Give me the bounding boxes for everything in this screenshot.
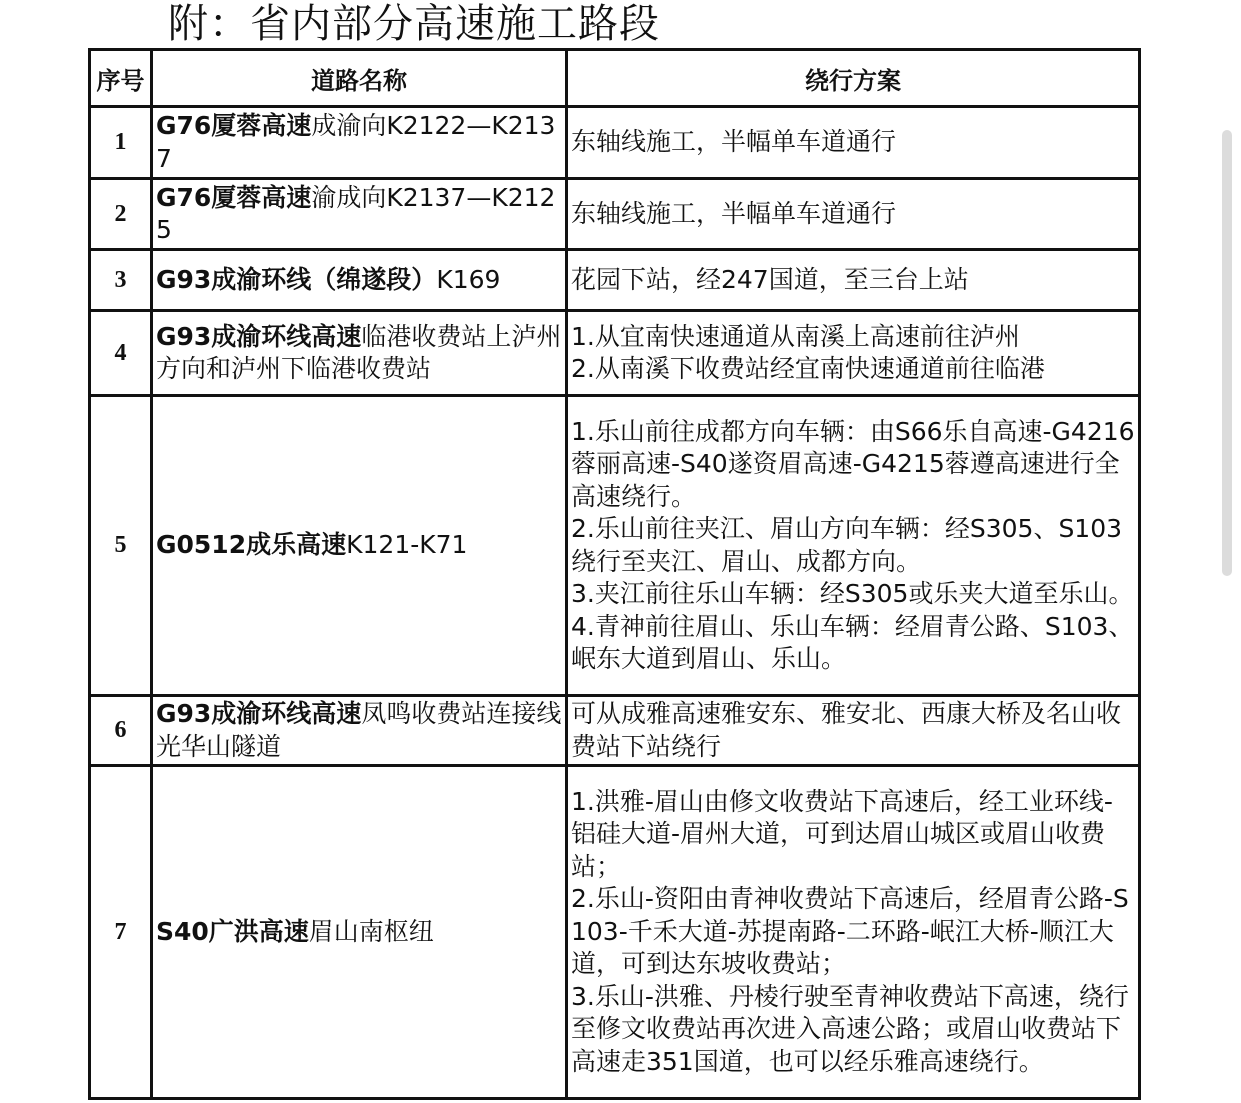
header-seq: 序号 (90, 50, 152, 107)
detour-plan-item: 东轴线施工，半幅单车道通行 (571, 198, 1135, 231)
road-name-cell: S40广洪高速眉山南枢纽 (152, 766, 567, 1099)
table-row: 4G93成渝环线高速临港收费站上泸州方向和泸州下临港收费站1.从宜南快速通道从南… (90, 311, 1140, 396)
road-highway-name: G93成渝环线（绵遂段） (156, 265, 436, 294)
row-seq: 7 (90, 766, 152, 1099)
detour-plan-cell: 花园下站，经247国道，至三台上站 (567, 250, 1140, 311)
detour-plan-item: 可从成雅高速雅安东、雅安北、西康大桥及名山收费站下站绕行 (571, 698, 1135, 763)
detour-plan-item: 2.从南溪下收费站经宜南快速通道前往临港 (571, 353, 1135, 386)
table-row: 3G93成渝环线（绵遂段）K169花园下站，经247国道，至三台上站 (90, 250, 1140, 311)
vertical-scrollbar[interactable] (1222, 130, 1232, 576)
detour-plan-item: 3.夹江前往乐山车辆：经S305或乐夹大道至乐山。 (571, 578, 1135, 611)
detour-plan-cell: 东轴线施工，半幅单车道通行 (567, 107, 1140, 179)
detour-plan-item: 2.乐山前往夹江、眉山方向车辆：经S305、S103绕行至夹江、眉山、成都方向。 (571, 513, 1135, 578)
detour-plan-item: 4.青神前往眉山、乐山车辆：经眉青公路、S103、岷东大道到眉山、乐山。 (571, 611, 1135, 676)
table-row: 1G76厦蓉高速成渝向K2122—K2137东轴线施工，半幅单车道通行 (90, 107, 1140, 179)
road-name-cell: G0512成乐高速K121-K71 (152, 396, 567, 696)
road-name-cell: G76厦蓉高速渝成向K2137—K2125 (152, 179, 567, 250)
row-seq: 5 (90, 396, 152, 696)
detour-plan-item: 东轴线施工，半幅单车道通行 (571, 126, 1135, 159)
row-seq: 4 (90, 311, 152, 396)
detour-plan-cell: 可从成雅高速雅安东、雅安北、西康大桥及名山收费站下站绕行 (567, 696, 1140, 766)
detour-plan-cell: 1.从宜南快速通道从南溪上高速前往泸州2.从南溪下收费站经宜南快速通道前往临港 (567, 311, 1140, 396)
table-row: 2G76厦蓉高速渝成向K2137—K2125东轴线施工，半幅单车道通行 (90, 179, 1140, 250)
row-seq: 1 (90, 107, 152, 179)
road-section: K121-K71 (346, 530, 467, 559)
detour-plan-cell: 1.乐山前往成都方向车辆：由S66乐自高速-G4216蓉丽高速-S40遂资眉高速… (567, 396, 1140, 696)
road-highway-name: G0512成乐高速 (156, 530, 346, 559)
table-row: 5G0512成乐高速K121-K711.乐山前往成都方向车辆：由S66乐自高速-… (90, 396, 1140, 696)
header-road-name: 道路名称 (152, 50, 567, 107)
road-name-cell: G93成渝环线高速临港收费站上泸州方向和泸州下临港收费站 (152, 311, 567, 396)
table-row: 7S40广洪高速眉山南枢纽1.洪雅-眉山由修文收费站下高速后，经工业环线-铝硅大… (90, 766, 1140, 1099)
table-row: 6G93成渝环线高速凤鸣收费站连接线光华山隧道可从成雅高速雅安东、雅安北、西康大… (90, 696, 1140, 766)
detour-plan-item: 2.乐山-资阳由青神收费站下高速后，经眉青公路-S103-千禾大道-苏提南路-二… (571, 883, 1135, 981)
road-highway-name: G93成渝环线高速 (156, 699, 361, 728)
detour-plan-item: 1.从宜南快速通道从南溪上高速前往泸州 (571, 321, 1135, 354)
detour-plan-cell: 东轴线施工，半幅单车道通行 (567, 179, 1140, 250)
detour-plan-item: 3.乐山-洪雅、丹棱行驶至青神收费站下高速，绕行至修文收费站再次进入高速公路；或… (571, 981, 1135, 1079)
row-seq: 2 (90, 179, 152, 250)
table-header-row: 序号 道路名称 绕行方案 (90, 50, 1140, 107)
row-seq: 3 (90, 250, 152, 311)
road-name-cell: G93成渝环线高速凤鸣收费站连接线光华山隧道 (152, 696, 567, 766)
detour-plan-item: 1.乐山前往成都方向车辆：由S66乐自高速-G4216蓉丽高速-S40遂资眉高速… (571, 416, 1135, 514)
header-detour-plan: 绕行方案 (567, 50, 1140, 107)
road-section: K169 (436, 265, 500, 294)
road-name-cell: G93成渝环线（绵遂段）K169 (152, 250, 567, 311)
detour-plan-item: 1.洪雅-眉山由修文收费站下高速后，经工业环线-铝硅大道-眉州大道，可到达眉山城… (571, 786, 1135, 884)
detour-plan-cell: 1.洪雅-眉山由修文收费站下高速后，经工业环线-铝硅大道-眉州大道，可到达眉山城… (567, 766, 1140, 1099)
road-highway-name: G76厦蓉高速 (156, 111, 311, 140)
road-highway-name: S40广洪高速 (156, 917, 309, 946)
construction-routes-table: 序号 道路名称 绕行方案 1G76厦蓉高速成渝向K2122—K2137东轴线施工… (88, 48, 1141, 1100)
road-highway-name: G76厦蓉高速 (156, 183, 311, 212)
road-highway-name: G93成渝环线高速 (156, 322, 361, 351)
row-seq: 6 (90, 696, 152, 766)
road-section: 眉山南枢纽 (309, 917, 434, 946)
page-title: 附：省内部分高速施工路段 (168, 0, 660, 48)
detour-plan-item: 花园下站，经247国道，至三台上站 (571, 264, 1135, 297)
road-name-cell: G76厦蓉高速成渝向K2122—K2137 (152, 107, 567, 179)
